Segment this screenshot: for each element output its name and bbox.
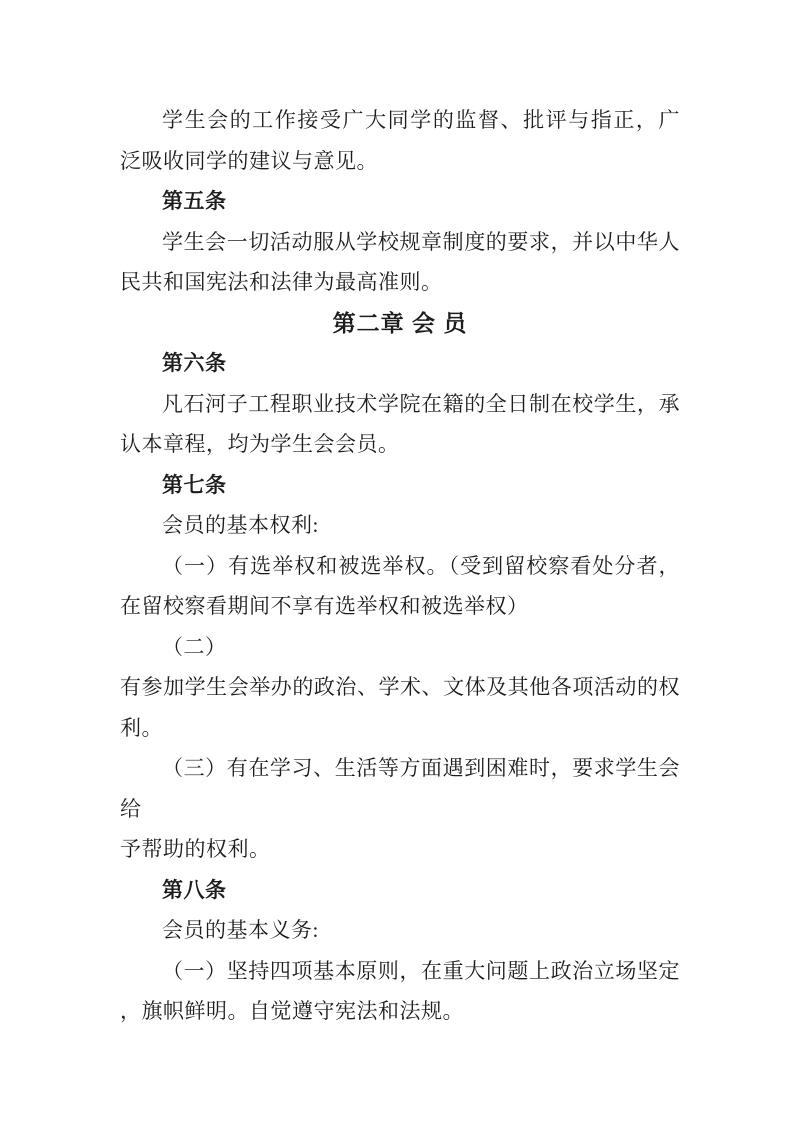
article-heading: 第八条	[120, 870, 680, 911]
article-heading: 第七条	[120, 465, 680, 506]
text-line: 民共和国宪法和法律为最高准则。	[120, 262, 680, 303]
document-content: 学生会的工作接受广大同学的监督、批评与指正，广泛吸收同学的建议与意见。第五条学生…	[120, 100, 680, 1032]
text-line: 在留校察看期间不享有选举权和被选举权）	[120, 586, 680, 627]
article-heading: 第六条	[120, 343, 680, 384]
text-line: 会员的基本权利:	[120, 505, 680, 546]
document-page: 学生会的工作接受广大同学的监督、批评与指正，广泛吸收同学的建议与意见。第五条学生…	[0, 0, 800, 1131]
text-line: 利。	[120, 708, 680, 749]
article-heading: 第五条	[120, 181, 680, 222]
text-line: （一）有选举权和被选举权。（受到留校察看处分者，	[120, 546, 680, 587]
text-line: （二）	[120, 627, 680, 668]
text-line: 认本章程，均为学生会会员。	[120, 424, 680, 465]
text-line: 给	[120, 789, 680, 830]
text-line: 予帮助的权利。	[120, 829, 680, 870]
text-line: 泛吸收同学的建议与意见。	[120, 141, 680, 182]
text-line: （一）坚持四项基本原则，在重大问题上政治立场坚定	[120, 951, 680, 992]
text-line: 学生会一切活动服从学校规章制度的要求，并以中华人	[120, 222, 680, 263]
text-line: 会员的基本义务:	[120, 910, 680, 951]
chapter-heading: 第二章 会 员	[120, 303, 680, 344]
text-line: 凡石河子工程职业技术学院在籍的全日制在校学生，承	[120, 384, 680, 425]
text-line: （三）有在学习、生活等方面遇到困难时，要求学生会	[120, 748, 680, 789]
text-line: 有参加学生会举办的政治、学术、文体及其他各项活动的权	[120, 667, 680, 708]
text-line: ，旗帜鲜明。自觉遵守宪法和法规。	[120, 991, 680, 1032]
text-line: 学生会的工作接受广大同学的监督、批评与指正，广	[120, 100, 680, 141]
